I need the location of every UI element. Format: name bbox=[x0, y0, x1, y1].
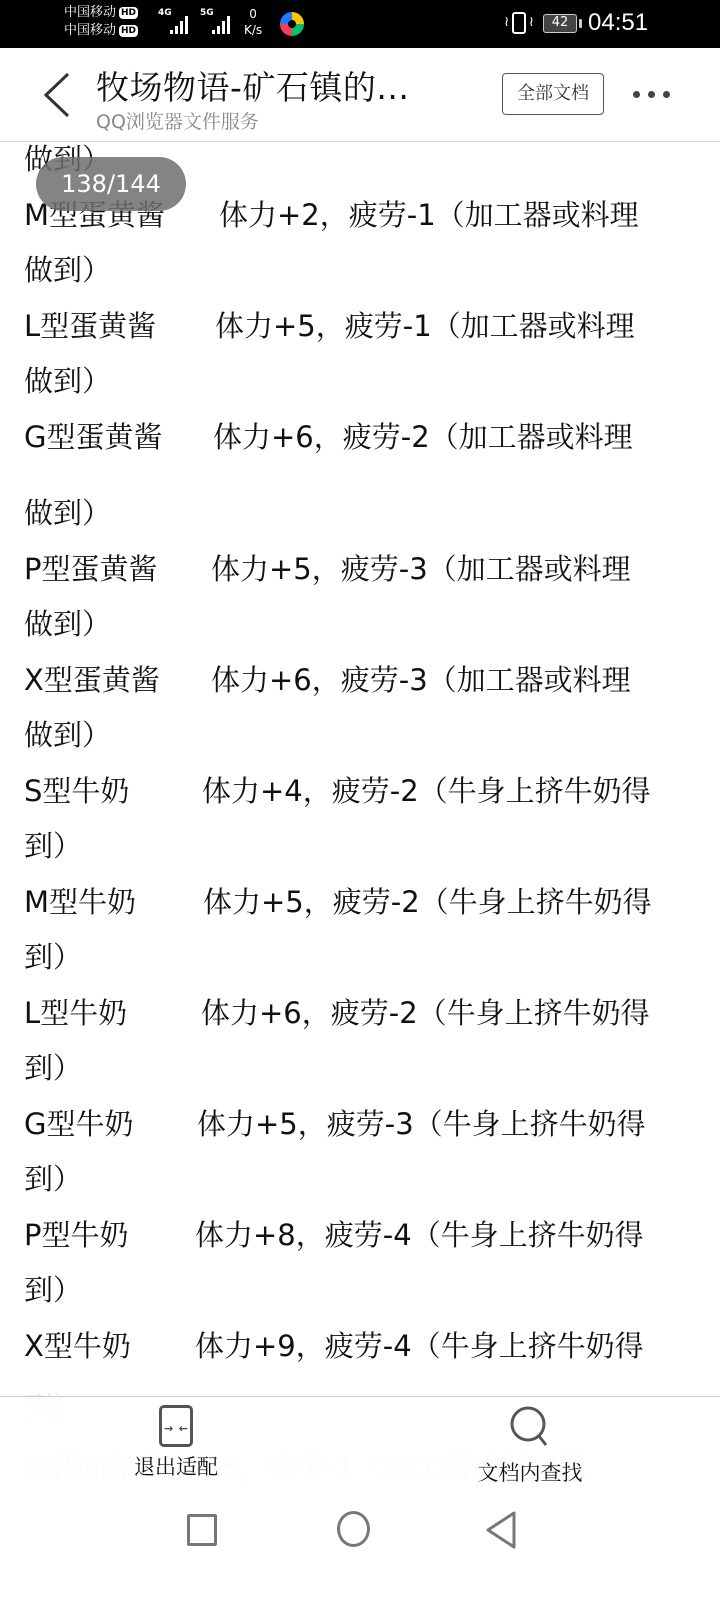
document-subtitle: QQ浏览器文件服务 bbox=[96, 107, 259, 134]
clock: 04:51 bbox=[588, 9, 648, 37]
page-indicator: 138/144 bbox=[36, 157, 186, 211]
vibrate-icon bbox=[512, 12, 526, 34]
dot-icon bbox=[663, 91, 670, 98]
dot-icon bbox=[633, 91, 640, 98]
carrier-info: 中国移动HD 中国移动HD bbox=[64, 4, 138, 40]
text-line: P型蛋黄酱体力+5，疲劳-3（加工器或料理 bbox=[24, 542, 704, 598]
document-text: 做到） M型蛋黄酱体力+2，疲劳-1（加工器或料理 做到） L型蛋黄酱体力+5，… bbox=[24, 142, 704, 1374]
text-line: 做到） bbox=[24, 243, 704, 299]
home-button[interactable] bbox=[337, 1511, 370, 1547]
exit-fit-button[interactable]: →← 退出适配 bbox=[96, 1405, 256, 1481]
all-documents-button[interactable]: 全部文档 bbox=[502, 73, 604, 115]
text-line: 到） bbox=[24, 1263, 704, 1319]
more-options-button[interactable] bbox=[626, 84, 676, 104]
signal-4g-icon: 4G bbox=[158, 10, 188, 34]
battery-icon: 42 bbox=[543, 14, 577, 33]
system-back-button[interactable] bbox=[484, 1510, 518, 1550]
chevron-left-icon bbox=[36, 70, 76, 120]
signal-5g-icon: 5G bbox=[200, 10, 230, 34]
text-line: L型牛奶体力+6，疲劳-2（牛身上挤牛奶得 bbox=[24, 986, 704, 1042]
text-line: S型牛奶体力+4，疲劳-2（牛身上挤牛奶得 bbox=[24, 764, 704, 820]
recent-apps-button[interactable] bbox=[187, 1514, 217, 1546]
text-line: 到） bbox=[24, 930, 704, 986]
carrier-2: 中国移动 bbox=[64, 22, 116, 40]
app-notification-icon bbox=[280, 12, 304, 36]
find-in-document-button[interactable]: 文档内查找 bbox=[450, 1405, 610, 1487]
text-line: 到） bbox=[24, 1041, 704, 1097]
text-line: G型蛋黄酱体力+6，疲劳-2（加工器或料理 bbox=[24, 410, 704, 466]
network-speed: 0 K/s bbox=[244, 6, 262, 38]
find-in-document-label: 文档内查找 bbox=[450, 1457, 610, 1487]
exit-fit-icon: →← bbox=[159, 1405, 193, 1447]
dot-icon bbox=[648, 91, 655, 98]
text-line: 做到） bbox=[24, 354, 704, 410]
status-bar: 中国移动HD 中国移动HD 4G 5G 0 K/s 42 04:51 bbox=[0, 0, 720, 48]
text-line: G型牛奶体力+5，疲劳-3（牛身上挤牛奶得 bbox=[24, 1097, 704, 1153]
document-viewer[interactable]: 做到） M型蛋黄酱体力+2，疲劳-1（加工器或料理 做到） L型蛋黄酱体力+5，… bbox=[0, 142, 720, 1396]
text-line: 做到） bbox=[24, 486, 704, 542]
bottom-toolbar: →← 退出适配 文档内查找 bbox=[0, 1396, 720, 1488]
text-line: M型牛奶体力+5，疲劳-2（牛身上挤牛奶得 bbox=[24, 875, 704, 931]
carrier-1: 中国移动 bbox=[64, 4, 116, 22]
text-line: X型蛋黄酱体力+6，疲劳-3（加工器或料理 bbox=[24, 653, 704, 709]
text-line: 到） bbox=[24, 1152, 704, 1208]
app-header: 牧场物语-矿石镇的... QQ浏览器文件服务 全部文档 bbox=[0, 48, 720, 142]
text-line: P型牛奶体力+8，疲劳-4（牛身上挤牛奶得 bbox=[24, 1208, 704, 1264]
text-line: 做到） bbox=[24, 708, 704, 764]
battery-tip bbox=[579, 19, 582, 28]
text-line: 做到） bbox=[24, 597, 704, 653]
hd-badge: HD bbox=[119, 25, 138, 37]
system-navigation-bar bbox=[0, 1488, 720, 1600]
back-button[interactable] bbox=[36, 70, 76, 120]
search-icon bbox=[508, 1405, 552, 1449]
text-line: 到） bbox=[24, 819, 704, 875]
document-title: 牧场物语-矿石镇的... bbox=[96, 62, 409, 109]
text-line: X型牛奶体力+9，疲劳-4（牛身上挤牛奶得 bbox=[24, 1319, 704, 1375]
hd-badge: HD bbox=[119, 7, 138, 19]
text-line: L型蛋黄酱体力+5，疲劳-1（加工器或料理 bbox=[24, 299, 704, 355]
exit-fit-label: 退出适配 bbox=[96, 1451, 256, 1481]
